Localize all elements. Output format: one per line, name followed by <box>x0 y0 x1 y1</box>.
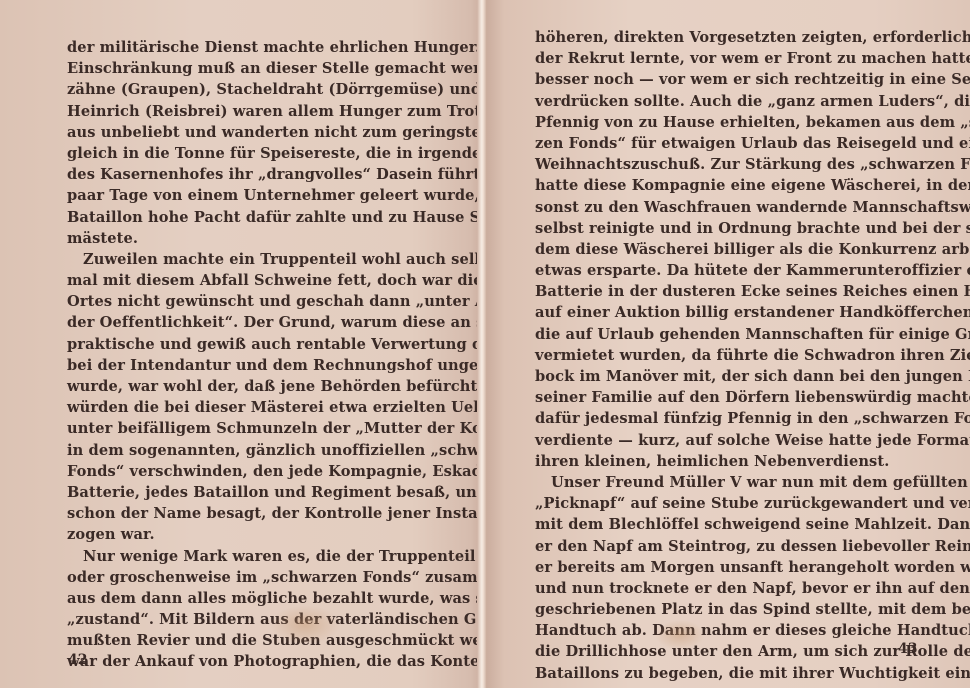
text-line: Zuweilen machte ein Truppenteil wohl auc… <box>67 249 448 270</box>
text-line: zen Fonds“ für etwaigen Urlaub das Reise… <box>535 133 915 154</box>
text-line: dafür jedesmal fünfzig Pfennig in den „s… <box>535 408 915 429</box>
text-line: besser noch — vor wem er sich rechtzeiti… <box>535 69 915 90</box>
text-line: ihren kleinen, heimlichen Nebenverdienst… <box>535 451 915 472</box>
text-line: Batterie in der dusteren Ecke seines Rei… <box>535 281 915 302</box>
left-page: der militärische Dienst machte ehrlichen… <box>0 0 485 688</box>
text-line: etwas ersparte. Da hütete der Kammerunte… <box>535 260 915 281</box>
text-line: Nur wenige Mark waren es, die der Truppe… <box>67 546 448 567</box>
text-line: selbst reinigte und in Ordnung brachte u… <box>535 218 915 239</box>
text-line: wurde, war wohl der, daß jene Behörden b… <box>67 376 448 397</box>
text-line: „zustand“. Mit Bildern aus der vaterländ… <box>67 609 448 630</box>
text-line: war der Ankauf von Photographien, die da… <box>67 651 448 672</box>
text-line: Batterie, jedes Bataillon und Regiment b… <box>67 482 448 503</box>
text-line: vermietet wurden, da führte die Schwadro… <box>535 345 915 366</box>
text-line: Unser Freund Müller V war nun mit dem ge… <box>535 472 915 493</box>
text-line: gleich in die Tonne für Speisereste, die… <box>67 143 448 164</box>
text-line: hatte diese Kompagnie eine eigene Wäsche… <box>535 175 915 196</box>
text-line: zähne (Graupen), Stacheldraht (Dörrgemüs… <box>67 79 448 100</box>
text-line: Bataillons zu begeben, die mit ihrer Wuc… <box>535 663 915 684</box>
text-line: Heinrich (Reisbrei) waren allem Hunger z… <box>67 101 448 122</box>
text-line: höheren, direkten Vorgesetzten zeigten, … <box>535 27 915 48</box>
text-line: „Picknapf“ auf seine Stube zurückgewande… <box>535 493 915 514</box>
text-line: Pfennig von zu Hause erhielten, bekamen … <box>535 112 915 133</box>
text-line: geschriebenen Platz in das Spind stellte… <box>535 599 915 620</box>
page-number-left: 42 <box>68 652 87 668</box>
text-line: Fonds“ verschwinden, den jede Kompagnie,… <box>67 461 448 482</box>
page-number-right: 43 <box>898 641 917 657</box>
paper-stain <box>655 620 705 650</box>
text-line: Ortes nicht gewünscht und geschah dann „… <box>67 291 448 312</box>
text-line: mästete. <box>67 228 448 249</box>
text-line: auf einer Auktion billig erstandener Han… <box>535 302 915 323</box>
text-line: oder groschenweise im „schwarzen Fonds“ … <box>67 567 448 588</box>
right-page-text: höheren, direkten Vorgesetzten zeigten, … <box>535 27 915 684</box>
text-line: seiner Familie auf den Dörfern liebenswü… <box>535 387 915 408</box>
text-line: mit dem Blechlöffel schweigend seine Mah… <box>535 514 915 535</box>
text-line: paar Tage von einem Unternehmer geleert … <box>67 185 448 206</box>
text-line: schon der Name besagt, der Kontrolle jen… <box>67 503 448 524</box>
text-line: er bereits am Morgen unsanft herangeholt… <box>535 557 915 578</box>
text-line: Handtuch ab. Dann nahm er dieses gleiche… <box>535 620 915 641</box>
text-line: verdrücken sollte. Auch die „ganz armen … <box>535 91 915 112</box>
text-line: der Rekrut lernte, vor wem er Front zu m… <box>535 48 915 69</box>
text-line: der Oeffentlichkeit“. Der Grund, warum d… <box>67 312 448 333</box>
paper-stain <box>270 605 340 645</box>
text-line: bei der Intendantur und dem Rechnungshof… <box>67 355 448 376</box>
text-line: der militärische Dienst machte ehrlichen… <box>67 37 448 58</box>
text-line: unter beifälligem Schmunzeln der „Mutter… <box>67 418 448 439</box>
text-line: würden die bei dieser Mästerei etwa erzi… <box>67 397 448 418</box>
book-spine <box>477 0 487 688</box>
text-line: mußten Revier und die Stuben ausgeschmüc… <box>67 630 448 651</box>
text-line: und nun trocknete er den Napf, bevor er … <box>535 578 915 599</box>
text-line: aus unbeliebt und wanderten nicht zum ge… <box>67 122 448 143</box>
text-line: er den Napf am Steintrog, zu dessen lieb… <box>535 536 915 557</box>
book-spread: der militärische Dienst machte ehrlichen… <box>0 0 970 688</box>
text-line: sonst zu den Waschfrauen wandernde Manns… <box>535 197 915 218</box>
text-line: Einschränkung muß an dieser Stelle gemac… <box>67 58 448 79</box>
text-line: praktische und gewiß auch rentable Verwe… <box>67 334 448 355</box>
left-page-text: der militärische Dienst machte ehrlichen… <box>67 37 448 673</box>
text-line: zogen war. <box>67 524 448 545</box>
text-line: des Kasernenhofes ihr „drangvolles“ Dase… <box>67 164 448 185</box>
text-line: die Drillichhose unter den Arm, um sich … <box>535 641 915 662</box>
right-page: höheren, direkten Vorgesetzten zeigten, … <box>485 0 970 688</box>
text-line: mal mit diesem Abfall Schweine fett, doc… <box>67 270 448 291</box>
text-line: in dem sogenannten, gänzlich unoffiziell… <box>67 440 448 461</box>
text-line: verdiente — kurz, auf solche Weise hatte… <box>535 430 915 451</box>
text-line: Weihnachtszuschuß. Zur Stärkung des „sch… <box>535 154 915 175</box>
text-line: die auf Urlaub gehenden Mannschaften für… <box>535 324 915 345</box>
text-line: bock im Manöver mit, der sich dann bei d… <box>535 366 915 387</box>
text-line: aus dem dann alles mögliche bezahlt wurd… <box>67 588 448 609</box>
text-line: Bataillon hohe Pacht dafür zahlte und zu… <box>67 207 448 228</box>
text-line: dem diese Wäscherei billiger als die Kon… <box>535 239 915 260</box>
